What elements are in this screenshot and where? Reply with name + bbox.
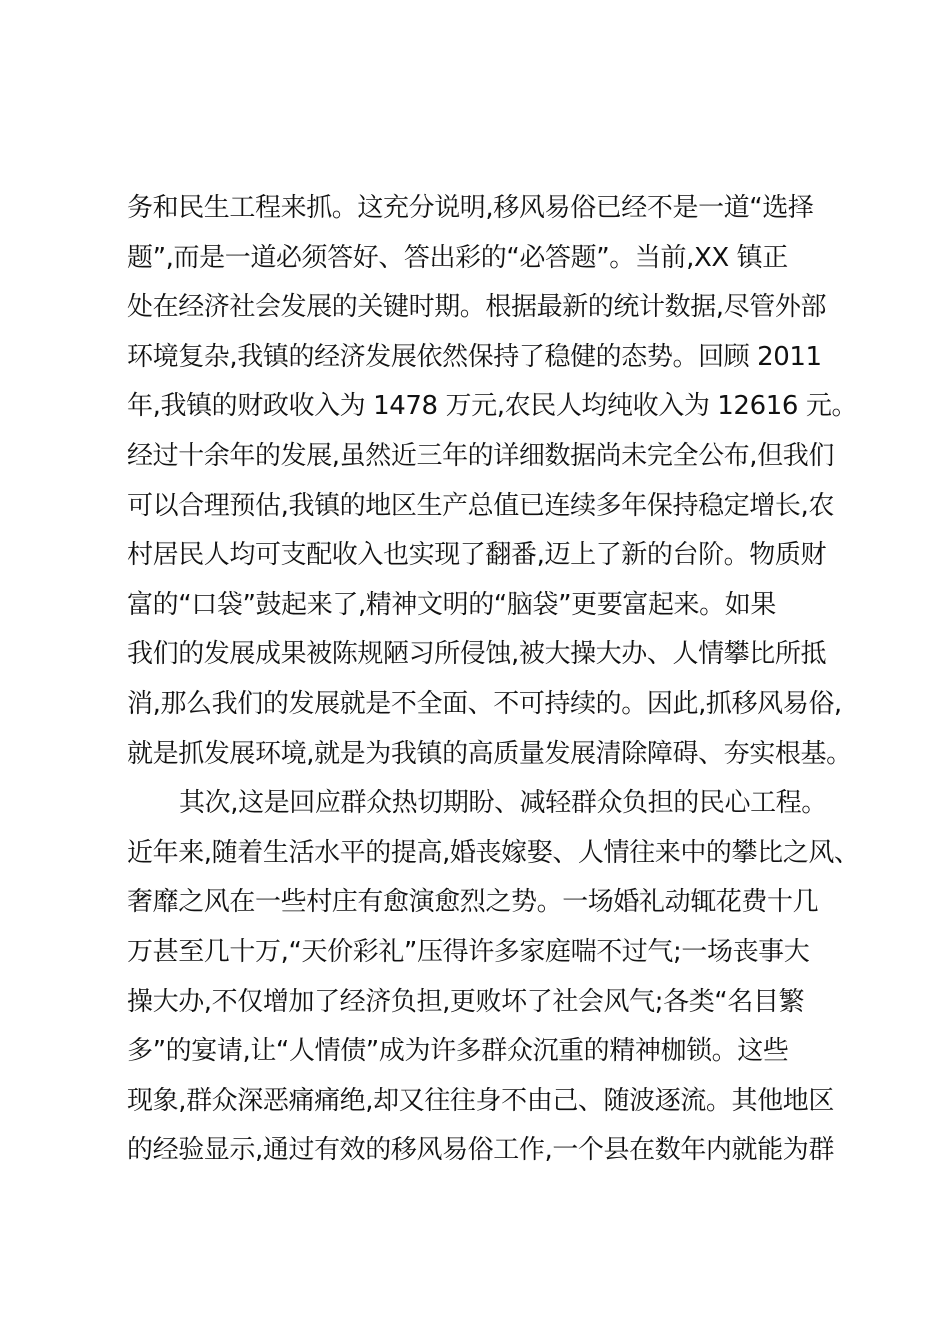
text-line: 奢靡之风在一些村庄有愈演愈烈之势。一场婚礼动辄花费十几	[127, 878, 833, 928]
paragraph-development-environment: 务和民生工程来抓。这充分说明,移风易俗已经不是一道“选择 题”,而是一道必须答好…	[127, 184, 833, 779]
text-line: 经过十余年的发展,虽然近三年的详细数据尚未完全公布,但我们	[127, 432, 833, 482]
text-line: 的经验显示,通过有效的移风易俗工作,一个县在数年内就能为群	[127, 1126, 833, 1176]
document-page: 务和民生工程来抓。这充分说明,移风易俗已经不是一道“选择 题”,而是一道必须答好…	[127, 184, 833, 1176]
text-line: 可以合理预估,我镇的地区生产总值已连续多年保持稳定增长,农	[127, 482, 833, 532]
text-line: 操大办,不仅增加了经济负担,更败坏了社会风气;各类“名目繁	[127, 978, 833, 1028]
text-line: 消,那么我们的发展就是不全面、不可持续的。因此,抓移风易俗,	[127, 680, 833, 730]
text-line: 富的“口袋”鼓起来了,精神文明的“脑袋”更要富起来。如果	[127, 581, 833, 631]
text-line: 题”,而是一道必须答好、答出彩的“必答题”。当前,XX 镇正	[127, 234, 833, 284]
text-line: 处在经济社会发展的关键时期。根据最新的统计数据,尽管外部	[127, 283, 833, 333]
text-line: 我们的发展成果被陈规陋习所侵蚀,被大操大办、人情攀比所抵	[127, 630, 833, 680]
text-line: 村居民人均可支配收入也实现了翻番,迈上了新的台阶。物质财	[127, 531, 833, 581]
text-line: 万甚至几十万,“天价彩礼”压得许多家庭喘不过气;一场丧事大	[127, 928, 833, 978]
text-line: 近年来,随着生活水平的提高,婚丧嫁娶、人情往来中的攀比之风、	[127, 829, 833, 879]
text-line: 现象,群众深恶痛痛绝,却又往往身不由己、随波逐流。其他地区	[127, 1077, 833, 1127]
text-line-indented: 其次,这是回应群众热切期盼、减轻群众负担的民心工程。	[127, 779, 833, 829]
text-line: 多”的宴请,让“人情债”成为许多群众沉重的精神枷锁。这些	[127, 1027, 833, 1077]
text-line: 务和民生工程来抓。这充分说明,移风易俗已经不是一道“选择	[127, 184, 833, 234]
paragraph-public-burden: 其次,这是回应群众热切期盼、减轻群众负担的民心工程。 近年来,随着生活水平的提高…	[127, 779, 833, 1176]
text-line: 年,我镇的财政收入为 1478 万元,农民人均纯收入为 12616 元。	[127, 382, 833, 432]
text-line: 就是抓发展环境,就是为我镇的高质量发展清除障碍、夯实根基。	[127, 730, 833, 780]
text-line: 环境复杂,我镇的经济发展依然保持了稳健的态势。回顾 2011	[127, 333, 833, 383]
